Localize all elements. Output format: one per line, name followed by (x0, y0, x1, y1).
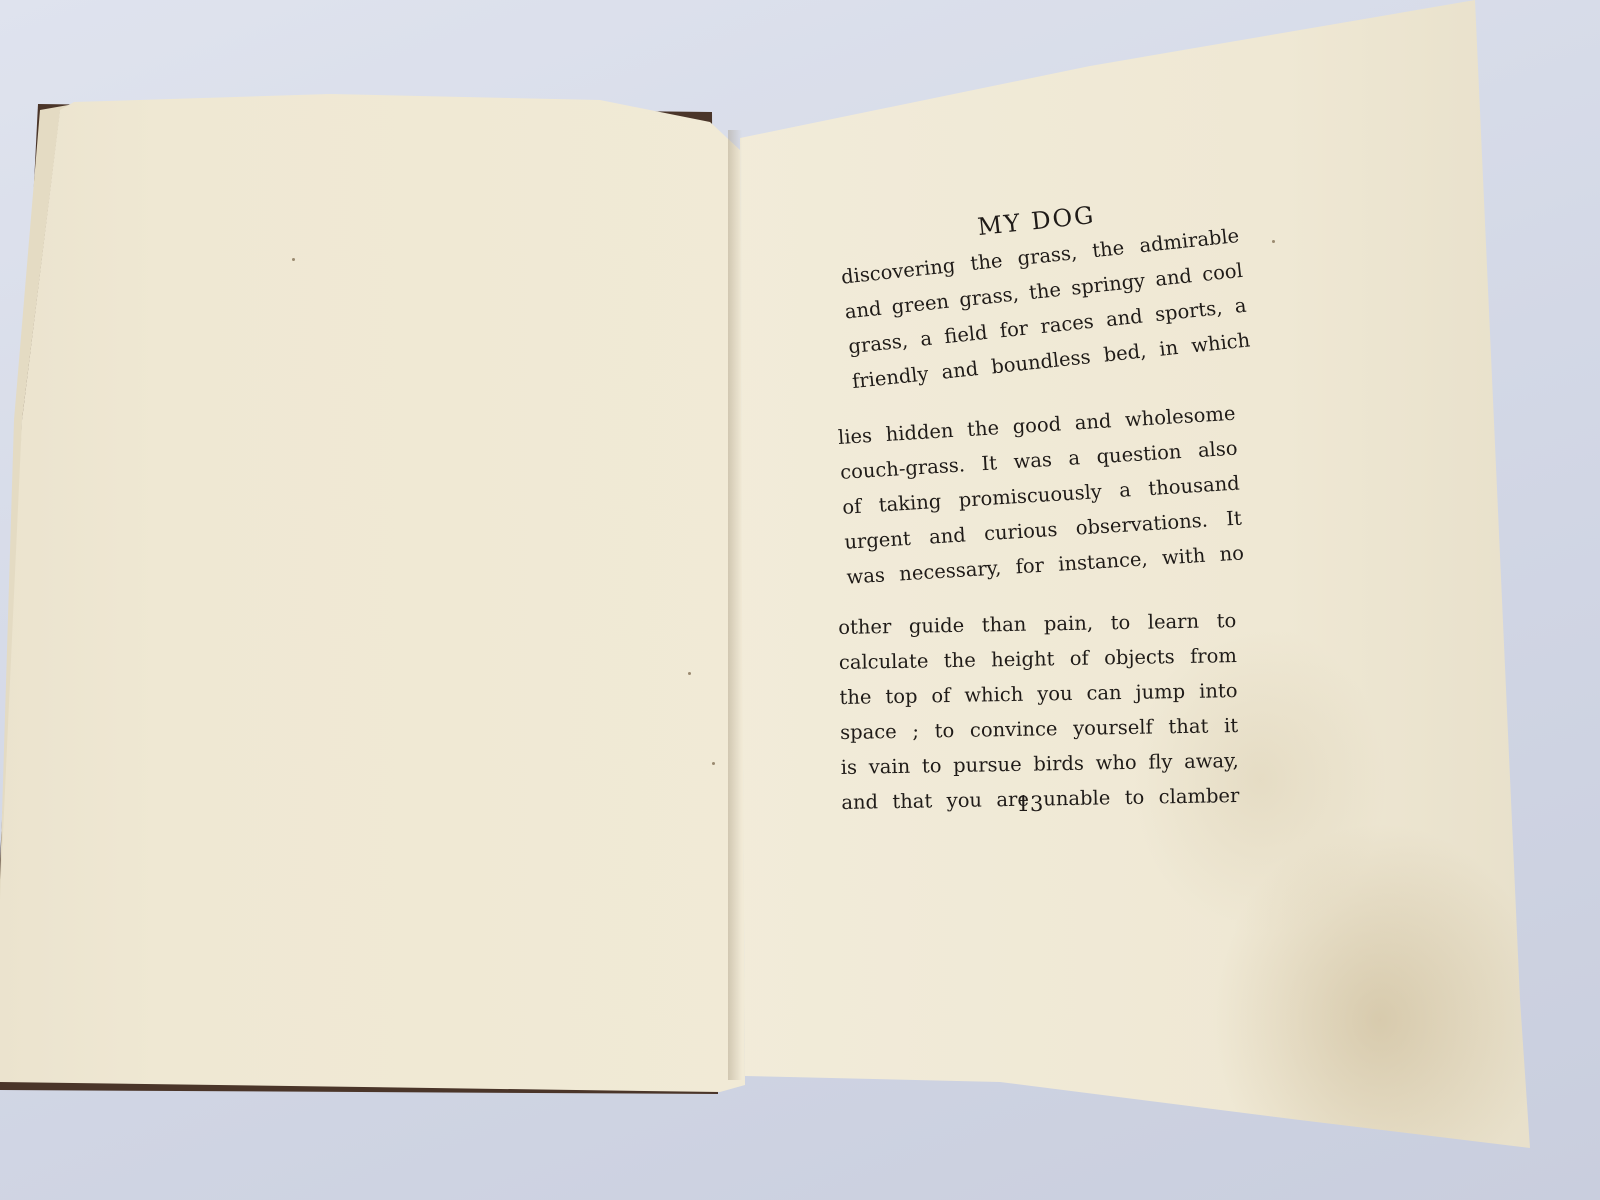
page-number: 13 (1010, 792, 1050, 816)
page-text-middle: lies hidden the good and wholesome couch… (837, 396, 1245, 595)
page-text-bottom: other guide than pain, to learn to calcu… (838, 603, 1240, 820)
paper-speck (712, 762, 715, 765)
paper-speck (688, 672, 691, 675)
photo-scene: MY DOG discovering the grass, the admira… (0, 0, 1600, 1200)
paper-speck (1272, 240, 1275, 243)
paper-speck (292, 258, 295, 261)
book-gutter (728, 130, 742, 1080)
